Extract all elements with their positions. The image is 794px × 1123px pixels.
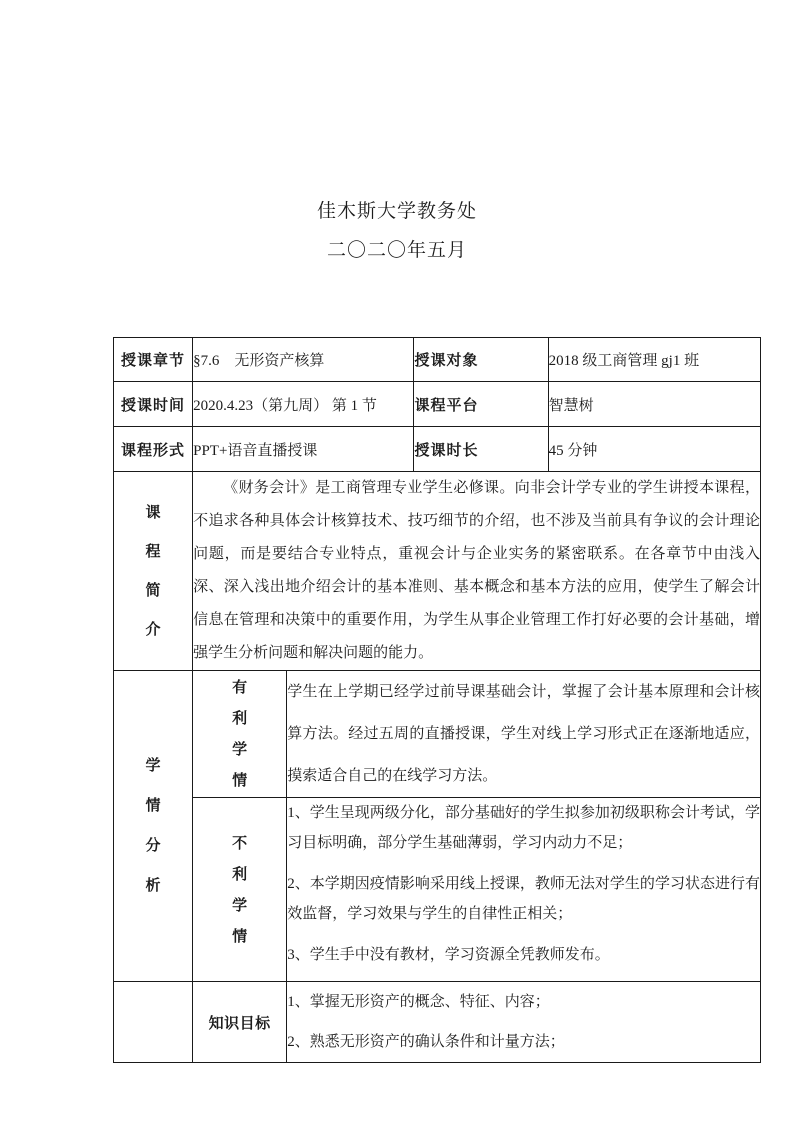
favorable-text-cell: 学生在上学期已经学过前导课基础会计，掌握了会计基本原理和会计核算方法。经过五周的… (287, 671, 761, 798)
table-row-knowledge-goals: 知识目标 1、掌握无形资产的概念、特征、内容； 2、熟悉无形资产的确认条件和计量… (114, 982, 761, 1063)
unfavorable-item-3: 3、学生手中没有教材，学习资源全凭教师发布。 (287, 940, 760, 970)
knowledge-goals-cell: 1、掌握无形资产的概念、特征、内容； 2、熟悉无形资产的确认条件和计量方法； (287, 982, 761, 1063)
table-row-favorable: 学 情 分 析 有 利 学 情 学生在上学期已经学过前导课基础会计，掌握了会计基… (114, 671, 761, 798)
audience-label: 授课对象 (414, 338, 548, 382)
audience-value: 2018 级工商管理 gj1 班 (548, 338, 760, 382)
favorable-label-cell: 有 利 学 情 (193, 671, 287, 798)
course-intro-label-cell: 课 程 简 介 (114, 472, 193, 671)
chapter-label: 授课章节 (114, 338, 193, 382)
table-row-unfavorable: 不 利 学 情 1、学生呈现两级分化，部分基础好的学生拟参加初级职称会计考试，学… (114, 798, 761, 982)
learning-analysis-label: 学 情 分 析 (146, 746, 161, 906)
platform-value: 智慧树 (548, 382, 760, 427)
course-intro-label: 课 程 简 介 (146, 493, 161, 649)
platform-label: 课程平台 (414, 382, 548, 427)
time-value: 2020.4.23（第九周） 第 1 节 (193, 382, 414, 427)
chapter-value: §7.6 无形资产核算 (193, 338, 414, 382)
table-row-time: 授课时间 2020.4.23（第九周） 第 1 节 课程平台 智慧树 (114, 382, 761, 427)
format-value: PPT+语音直播授课 (193, 427, 414, 472)
knowledge-goals-empty-cell (114, 982, 193, 1063)
unfavorable-label: 不 利 学 情 (232, 828, 247, 952)
knowledge-goal-2: 2、熟悉无形资产的确认条件和计量方法； (287, 1022, 760, 1062)
knowledge-goal-1: 1、掌握无形资产的概念、特征、内容； (287, 982, 760, 1022)
knowledge-goals-label: 知识目标 (193, 982, 287, 1063)
unfavorable-label-cell: 不 利 学 情 (193, 798, 287, 982)
time-label: 授课时间 (114, 382, 193, 427)
format-label: 课程形式 (114, 427, 193, 472)
course-intro-cell: 《财务会计》是工商管理专业学生必修课。向非会计学专业的学生讲授本课程，不追求各种… (193, 472, 761, 671)
table-row-chapter: 授课章节 §7.6 无形资产核算 授课对象 2018 级工商管理 gj1 班 (114, 338, 761, 382)
lesson-plan-table: 授课章节 §7.6 无形资产核算 授课对象 2018 级工商管理 gj1 班 授… (113, 337, 761, 1063)
duration-label: 授课时长 (414, 427, 548, 472)
unfavorable-item-2: 2、本学期因疫情影响采用线上授课，教师无法对学生的学习状态进行有效监督，学习效果… (287, 869, 760, 929)
learning-analysis-label-cell: 学 情 分 析 (114, 671, 193, 982)
unfavorable-text-cell: 1、学生呈现两级分化，部分基础好的学生拟参加初级职称会计考试，学习目标明确，部分… (287, 798, 761, 982)
favorable-label: 有 利 学 情 (232, 672, 247, 796)
table-row-format: 课程形式 PPT+语音直播授课 授课时长 45 分钟 (114, 427, 761, 472)
document-title: 佳木斯大学教务处 (0, 196, 794, 223)
duration-value: 45 分钟 (548, 427, 760, 472)
document-date: 二〇二〇年五月 (0, 235, 794, 262)
unfavorable-item-1: 1、学生呈现两级分化，部分基础好的学生拟参加初级职称会计考试，学习目标明确，部分… (287, 798, 760, 858)
favorable-text: 学生在上学期已经学过前导课基础会计，掌握了会计基本原理和会计核算方法。经过五周的… (287, 671, 760, 797)
table-row-course-intro: 课 程 简 介 《财务会计》是工商管理专业学生必修课。向非会计学专业的学生讲授本… (114, 472, 761, 671)
course-intro-text: 《财务会计》是工商管理专业学生必修课。向非会计学专业的学生讲授本课程，不追求各种… (193, 472, 760, 670)
